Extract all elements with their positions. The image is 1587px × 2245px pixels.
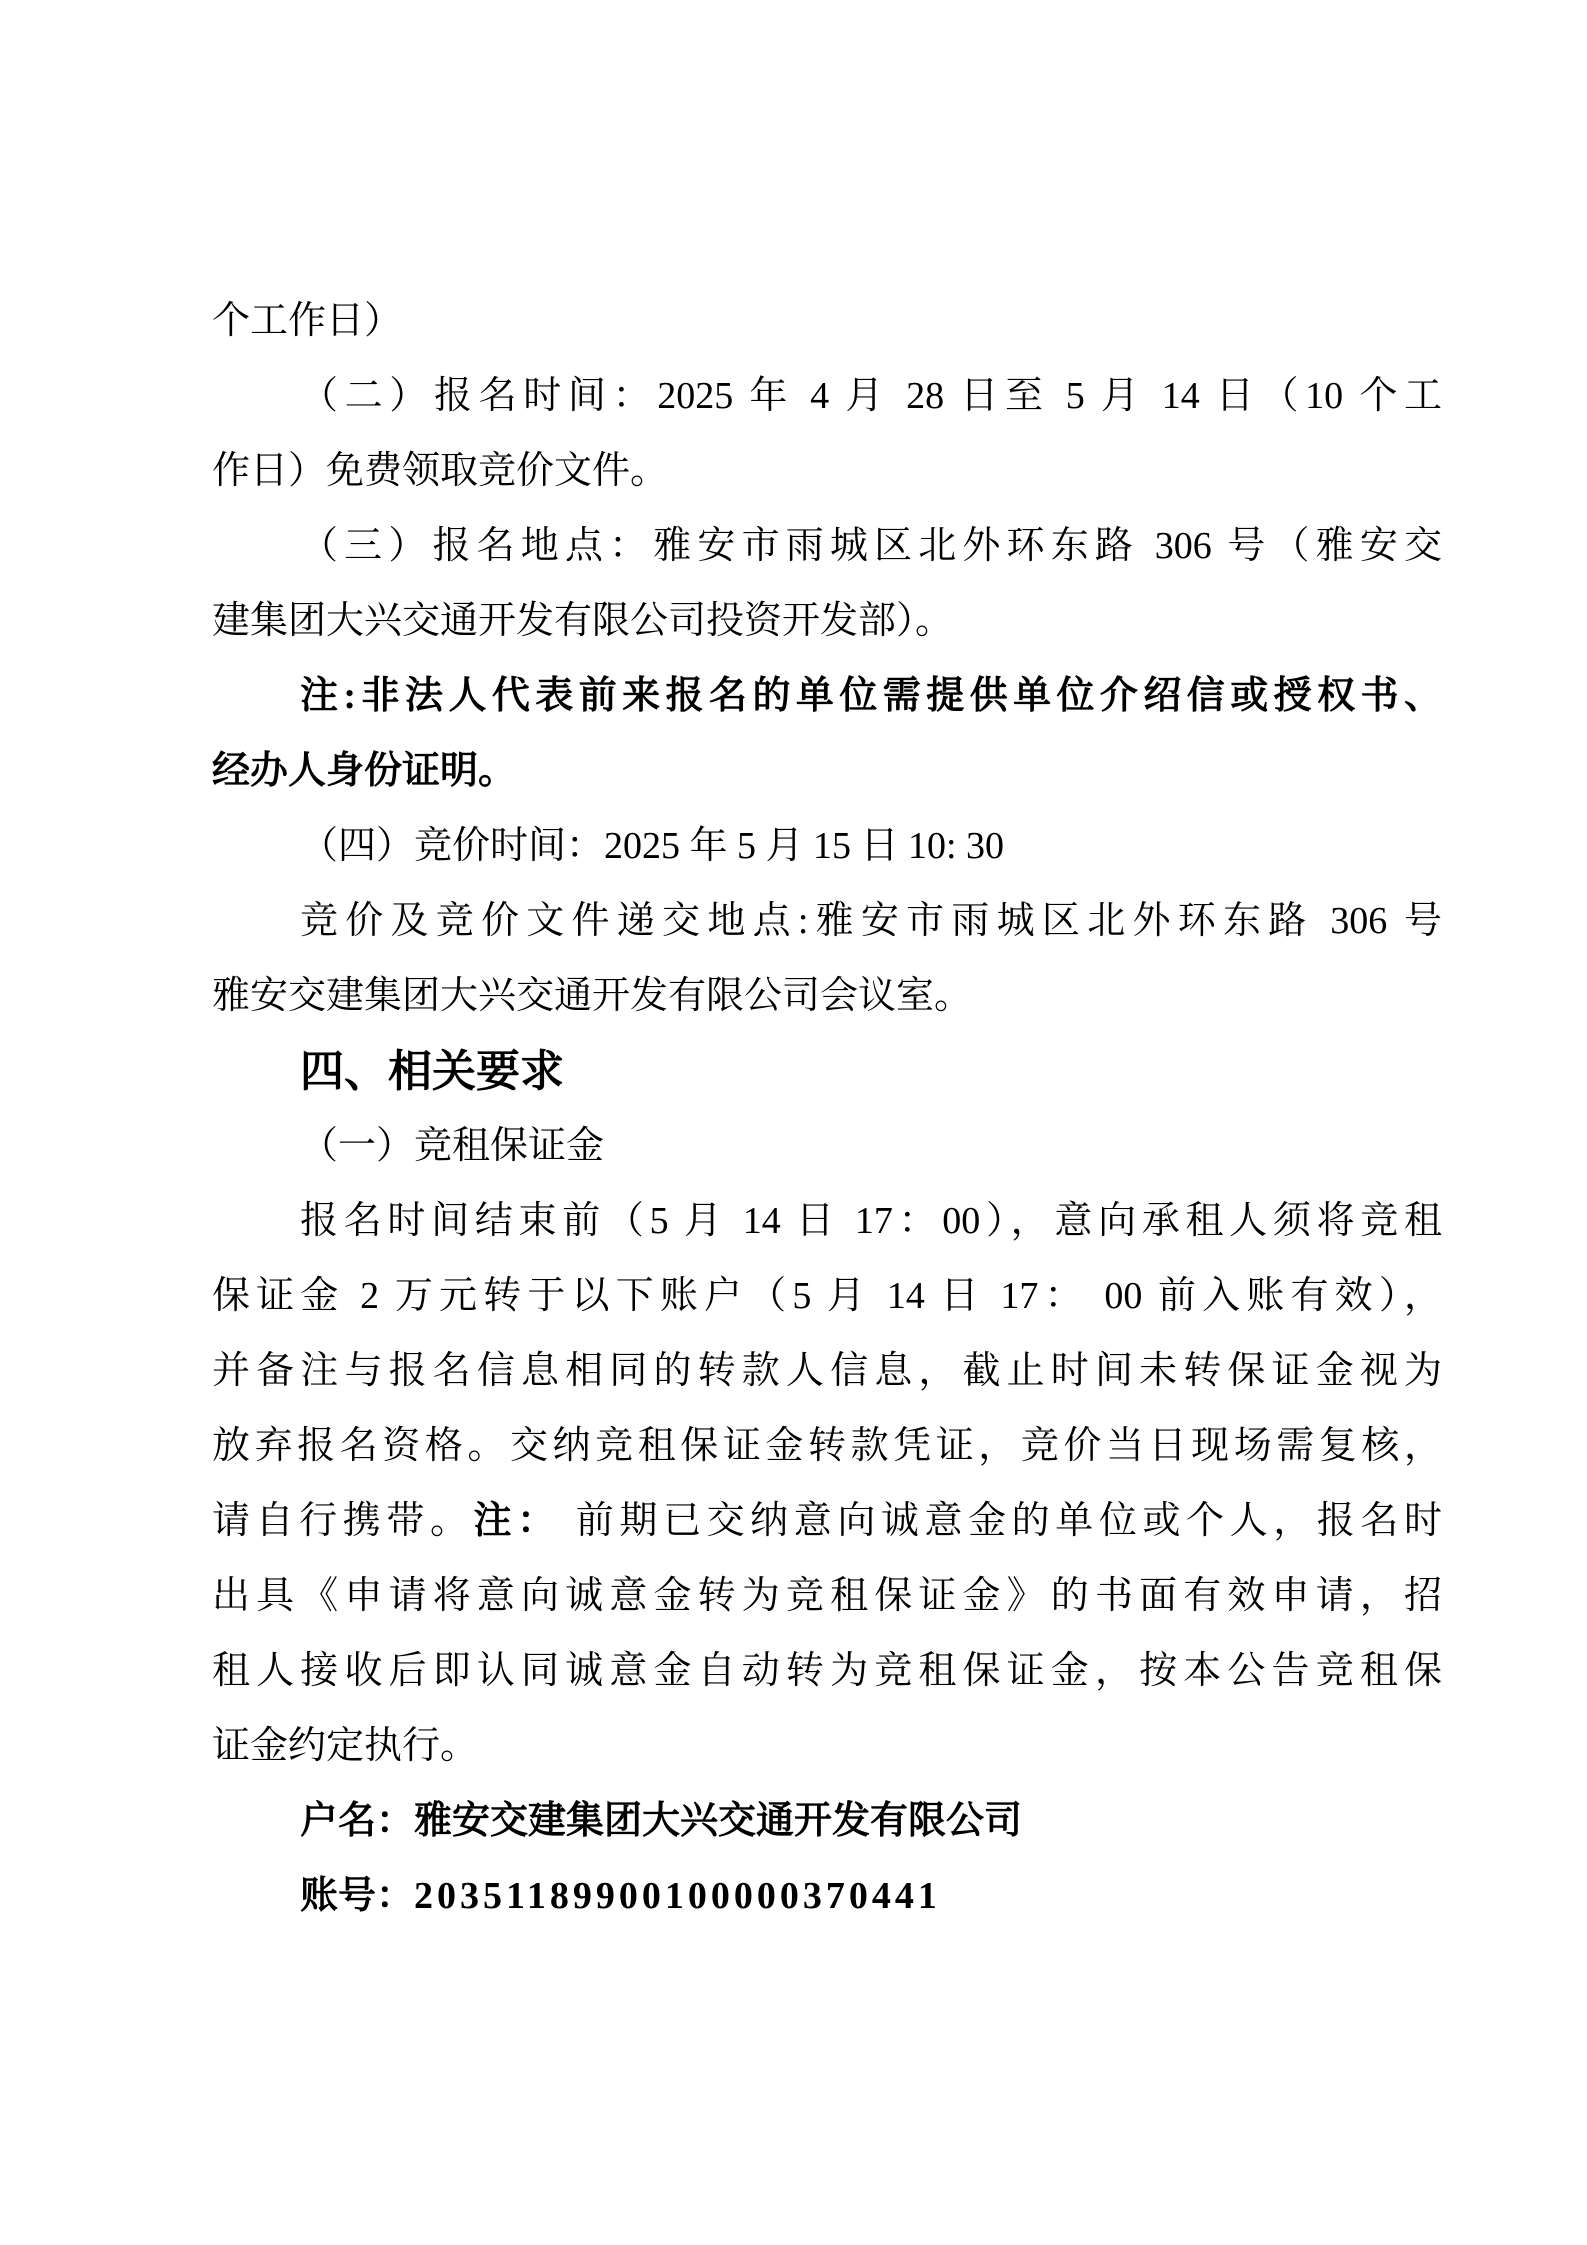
note-line: 经办人身份证明。: [212, 734, 1442, 809]
text-line: 出具《申请将意向诚意金转为竞租保证金》的书面有效申请，招: [212, 1559, 1442, 1634]
text-line: 证金约定执行。: [212, 1709, 1442, 1784]
account-number-line: 账号：20351189900100000370441: [212, 1859, 1442, 1934]
text-line-registration-place: （三）报名地点：雅安市雨城区北外环东路 306 号（雅安交: [212, 509, 1442, 584]
subsection-heading: （一）竞租保证金: [212, 1109, 1442, 1184]
text-line: 租人接收后即认同诚意金自动转为竞租保证金，按本公告竞租保: [212, 1634, 1442, 1709]
text-line: 个工作日）: [212, 284, 1442, 359]
text-line: 建集团大兴交通开发有限公司投资开发部）。: [212, 584, 1442, 659]
text-line-note: 请自行携带。注： 前期已交纳意向诚意金的单位或个人，报名时: [212, 1484, 1442, 1559]
account-name-line: 户名：雅安交建集团大兴交通开发有限公司: [212, 1784, 1442, 1859]
text-line-bidding-place: 竞价及竞价文件递交地点:雅安市雨城区北外环东路 306 号: [212, 884, 1442, 959]
account-number-label: 账号：: [300, 1875, 414, 1917]
text-line-deposit: 报名时间结束前（5 月 14 日 17：00），意向承租人须将竞租: [212, 1184, 1442, 1259]
text-segment: 前期已交纳意向诚意金的单位或个人，报名时: [561, 1500, 1442, 1542]
text-line: 并备注与报名信息相同的转款人信息，截止时间未转保证金视为: [212, 1334, 1442, 1409]
text-segment: 请自行携带。: [212, 1500, 474, 1542]
note-label: 注：: [474, 1500, 561, 1542]
text-line-registration-time: （二）报名时间：2025 年 4 月 28 日至 5 月 14 日（10 个工: [212, 359, 1442, 434]
section-heading: 四、相关要求: [212, 1034, 1442, 1109]
text-line: 放弃报名资格。交纳竞租保证金转款凭证，竞价当日现场需复核，: [212, 1409, 1442, 1484]
text-line: 作日）免费领取竞价文件。: [212, 434, 1442, 509]
text-line-bidding-time: （四）竞价时间：2025 年 5 月 15 日 10: 30: [212, 809, 1442, 884]
document-page: 个工作日） （二）报名时间：2025 年 4 月 28 日至 5 月 14 日（…: [0, 0, 1587, 2245]
text-line: 雅安交建集团大兴交通开发有限公司会议室。: [212, 959, 1442, 1034]
note-line: 注:非法人代表前来报名的单位需提供单位介绍信或授权书、: [212, 659, 1442, 734]
account-number-value: 20351189900100000370441: [414, 1875, 941, 1917]
text-line: 保证金 2 万元转于以下账户（5 月 14 日 17： 00 前入账有效），: [212, 1259, 1442, 1334]
